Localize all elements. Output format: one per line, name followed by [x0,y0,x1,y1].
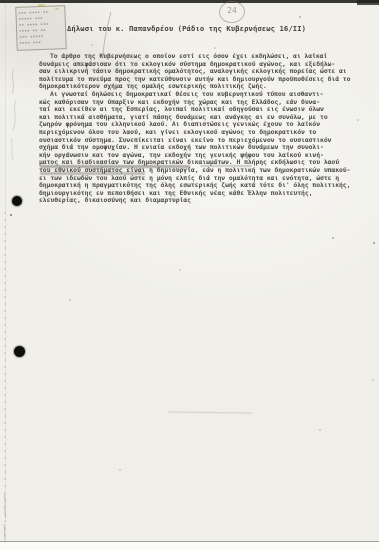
pencil-underline-smudge [40,165,190,168]
stamp-illegible-row: ▪▪▪▪ ▪▪▪ [19,38,63,46]
pencil-underline-smudge [200,165,252,167]
text-line: ελευθερίας, δικαιοσύνης και διαμαρτυρίας [39,197,369,205]
ink-speck [10,214,12,216]
scanner-top-edge [0,0,379,3]
stamp-ink-speck [38,4,45,7]
pencil-underline-smudge [40,172,145,175]
margin-pencil-scribble [12,68,14,94]
stamp-ink-speck [55,8,59,10]
scanned-document-page: ▪▪▪ ▪▪▪▪ ▪▪ ▪▪▪▪▪ ▪▪▪ ▪▪ ▪▪▪▪ ▪▪▪ ▪▪▪▪ ▪… [0,0,379,550]
typewritten-body: Το άρθρο της Κυβερνήσεως ο οποίον εστί ε… [39,53,369,205]
hole-punch-dot [12,196,22,206]
margin-pencil-scribble [11,138,13,160]
page-left-fold-line [5,0,6,550]
margin-pencil-scribble [13,100,16,130]
archive-stamp: ▪▪▪ ▪▪▪▪ ▪▪ ▪▪▪▪▪ ▪▪▪ ▪▪ ▪▪▪▪ ▪▪▪ ▪▪▪▪ ▪… [15,5,67,51]
hole-punch-dot [14,346,25,357]
scanner-top-right-edge [357,0,379,5]
scanner-background-strip [0,542,379,550]
document-title-line: Δήλωσι του κ. Παπανδρέου (Ράδιο της Κυβε… [67,24,306,33]
page-annotation-number: 24 [224,6,240,15]
faint-smudge-line [168,412,252,413]
pencil-stroke-through-title [103,12,111,56]
